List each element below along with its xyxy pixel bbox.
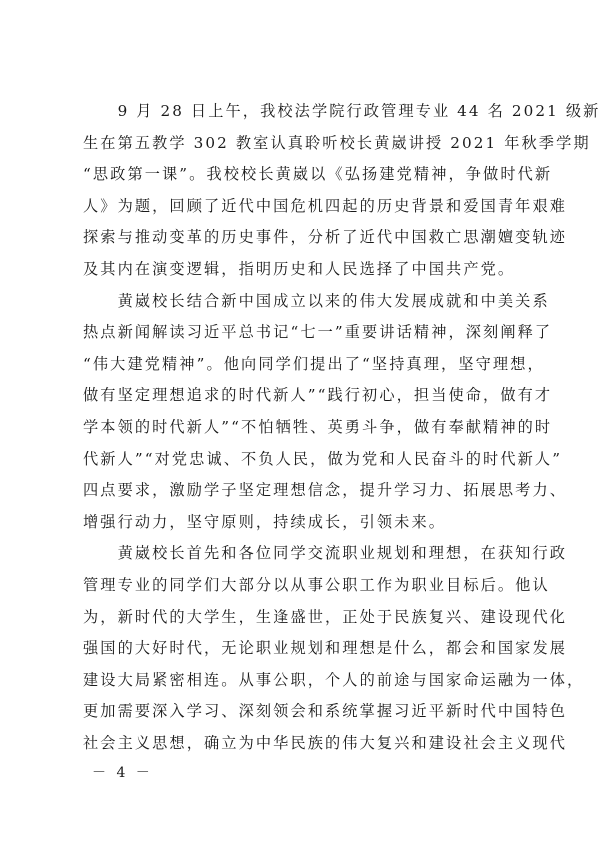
text-line: 热点新闻解读习近平总书记“七一”重要讲话精神，深刻阐释了	[83, 317, 537, 349]
text-line: 为，新时代的大学生，生逢盛世，正处于民族复兴、建设现代化	[83, 602, 537, 634]
text-line: 社会主义思想，确立为中华民族的伟大复兴和建设社会主义现代	[83, 728, 537, 760]
text-line: 强国的大好时代，无论职业规划和理想是什么，都会和国家发展	[83, 633, 537, 665]
text-line: 生在第五教学 302 教室认真聆听校长黄崴讲授 2021 年秋季学期	[83, 128, 537, 160]
document-page: 9 月 28 日上午，我校法学院行政管理专业 44 名 2021 级新 生在第五…	[0, 0, 600, 848]
text-line: “思政第一课”。我校校长黄崴以《弘扬建党精神，争做时代新	[83, 159, 537, 191]
paragraph-2: 黄崴校长结合新中国成立以来的伟大发展成就和中美关系 热点新闻解读习近平总书记“七…	[83, 286, 537, 539]
text-line: 黄崴校长首先和各位同学交流职业规划和理想，在获知行政	[83, 538, 537, 570]
text-line: 黄崴校长结合新中国成立以来的伟大发展成就和中美关系	[83, 286, 537, 318]
text-line: “伟大建党精神”。他向同学们提出了“坚持真理，坚守理想，	[83, 349, 537, 381]
text-line: 四点要求，激励学子坚定理想信念，提升学习力、拓展思考力、	[83, 475, 537, 507]
page-number: － 4 －	[92, 762, 153, 782]
text-line: 探索与推动变革的历史事件，分析了近代中国救亡思潮嬗变轨迹	[83, 222, 537, 254]
text-line: 管理专业的同学们大部分以从事公职工作为职业目标后。他认	[83, 570, 537, 602]
text-line: 9 月 28 日上午，我校法学院行政管理专业 44 名 2021 级新	[83, 96, 537, 128]
paragraph-1: 9 月 28 日上午，我校法学院行政管理专业 44 名 2021 级新 生在第五…	[83, 96, 537, 286]
text-line: 及其内在演变逻辑，指明历史和人民选择了中国共产党。	[83, 254, 537, 286]
text-line: 建设大局紧密相连。从事公职，个人的前途与国家命运融为一体，	[83, 665, 537, 697]
text-line: 学本领的时代新人”“不怕牺牲、英勇斗争，做有奉献精神的时	[83, 412, 537, 444]
text-line: 做有坚定理想追求的时代新人”“践行初心，担当使命，做有才	[83, 380, 537, 412]
text-line: 增强行动力，坚守原则，持续成长，引领未来。	[83, 507, 537, 539]
text-line: 更加需要深入学习、深刻领会和系统掌握习近平新时代中国特色	[83, 696, 537, 728]
document-body: 9 月 28 日上午，我校法学院行政管理专业 44 名 2021 级新 生在第五…	[83, 96, 537, 759]
paragraph-3: 黄崴校长首先和各位同学交流职业规划和理想，在获知行政 管理专业的同学们大部分以从…	[83, 538, 537, 759]
text-line: 代新人”“对党忠诚、不负人民，做为党和人民奋斗的时代新人”	[83, 444, 537, 476]
text-line: 人》为题，回顾了近代中国危机四起的历史背景和爱国青年艰难	[83, 191, 537, 223]
